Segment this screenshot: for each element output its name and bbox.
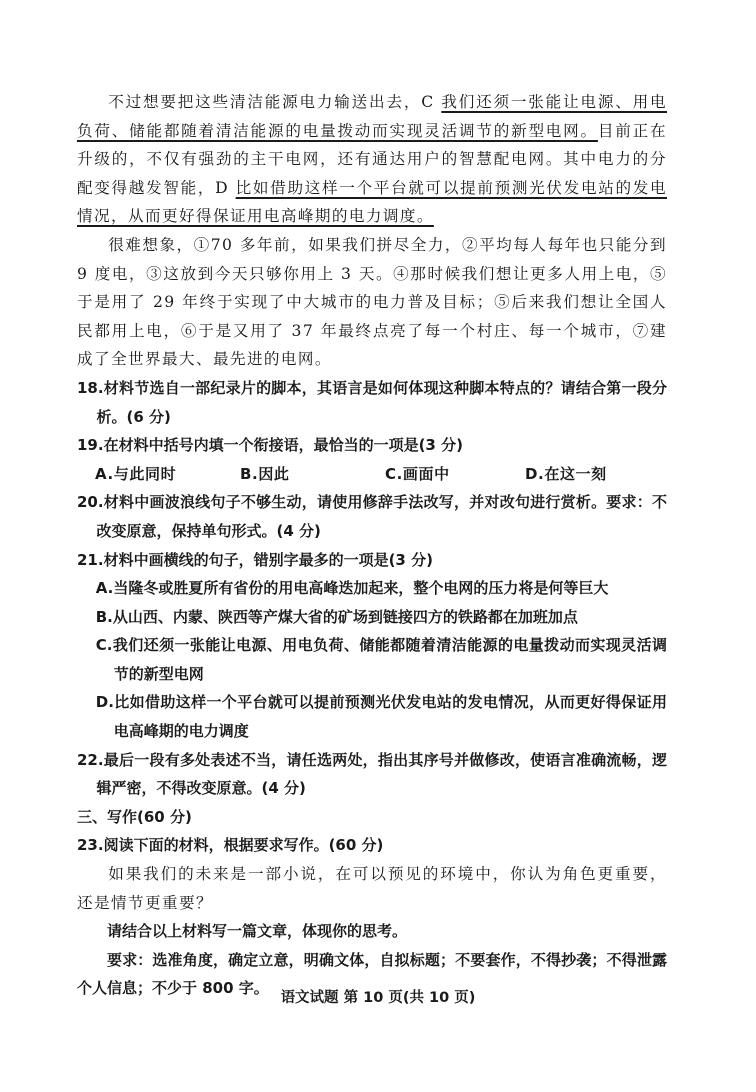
writing-instruction: 请结合以上材料写一篇文章，体现你的思考。 (77, 917, 667, 946)
question-21: 21.材料中画横线的句子，错别字最多的一项是(3 分) (77, 546, 667, 575)
writing-prompt: 如果我们的未来是一部小说，在可以预见的环境中，你认为角色更重要，还是情节更重要？ (77, 860, 667, 917)
question-text: 材料中画横线的句子，错别字最多的一项是(3 分) (104, 551, 433, 569)
material-lead-text: 不过想要把这些清洁能源电力输送出去，C (108, 93, 441, 111)
question-text: 阅读下面的材料，根据要求写作。(60 分) (104, 836, 384, 854)
question-19: 19.在材料中括号内填一个衔接语，最恰当的一项是(3 分) (77, 431, 667, 460)
option-c: C.我们还须一张能让电源、用电负荷、储能都随着清洁能源的电量拨动而实现灵活调节的… (77, 631, 667, 688)
question-text: 材料中画波浪线句子不够生动，请使用修辞手法改写，并对改句进行赏析。要求：不改变原… (97, 493, 668, 540)
question-text: 最后一段有多处表述不当，请任选两处，指出其序号并做修改，使语言准确流畅，逻辑严密… (97, 751, 668, 798)
question-18: 18.材料节选自一部纪录片的脚本，其语言是如何体现这种脚本特点的？请结合第一段分… (77, 374, 667, 431)
option-c: C.画面中 (385, 460, 525, 489)
question-text: 材料节选自一部纪录片的脚本，其语言是如何体现这种脚本特点的？请结合第一段分析。(… (97, 379, 668, 426)
option-b: B.因此 (240, 460, 385, 489)
option-a: A.当隆冬或胜夏所有省份的用电高峰迭加起来，整个电网的压力将是何等巨大 (77, 574, 667, 603)
option-b: B.从山西、内蒙、陕西等产煤大省的矿场到链接四方的铁路都在加班加点 (77, 603, 667, 632)
question-number: 23. (77, 836, 104, 854)
question-number: 22. (77, 751, 104, 769)
question-number: 21. (77, 551, 104, 569)
question-20: 20.材料中画波浪线句子不够生动，请使用修辞手法改写，并对改句进行赏析。要求：不… (77, 488, 667, 545)
question-number: 20. (77, 493, 104, 511)
material-paragraph-1: 不过想要把这些清洁能源电力输送出去，C 我们还须一张能让电源、用电负荷、储能都随… (77, 88, 667, 231)
question-23: 23.阅读下面的材料，根据要求写作。(60 分) (77, 831, 667, 860)
page-footer: 语文试题 第 10 页(共 10 页) (0, 986, 756, 1007)
option-a: A.与此同时 (95, 460, 240, 489)
exam-page: 不过想要把这些清洁能源电力输送出去，C 我们还须一张能让电源、用电负荷、储能都随… (77, 88, 667, 1003)
question-22: 22.最后一段有多处表述不当，请任选两处，指出其序号并做修改，使语言准确流畅，逻… (77, 746, 667, 803)
section-title-writing: 三、写作(60 分) (77, 803, 667, 832)
question-text: 在材料中括号内填一个衔接语，最恰当的一项是(3 分) (104, 436, 463, 454)
material-paragraph-2: 很难想象，①70 多年前，如果我们拼尽全力，②平均每人每年也只能分到 9 度电，… (77, 231, 667, 374)
question-number: 18. (77, 379, 104, 397)
question-19-options: A.与此同时 B.因此 C.画面中 D.在这一刻 (77, 460, 667, 489)
option-d: D.在这一刻 (525, 460, 607, 489)
question-number: 19. (77, 436, 104, 454)
option-d: D.比如借助这样一个平台就可以提前预测光伏发电站的发电情况，从而更好得保证用电高… (77, 688, 667, 745)
